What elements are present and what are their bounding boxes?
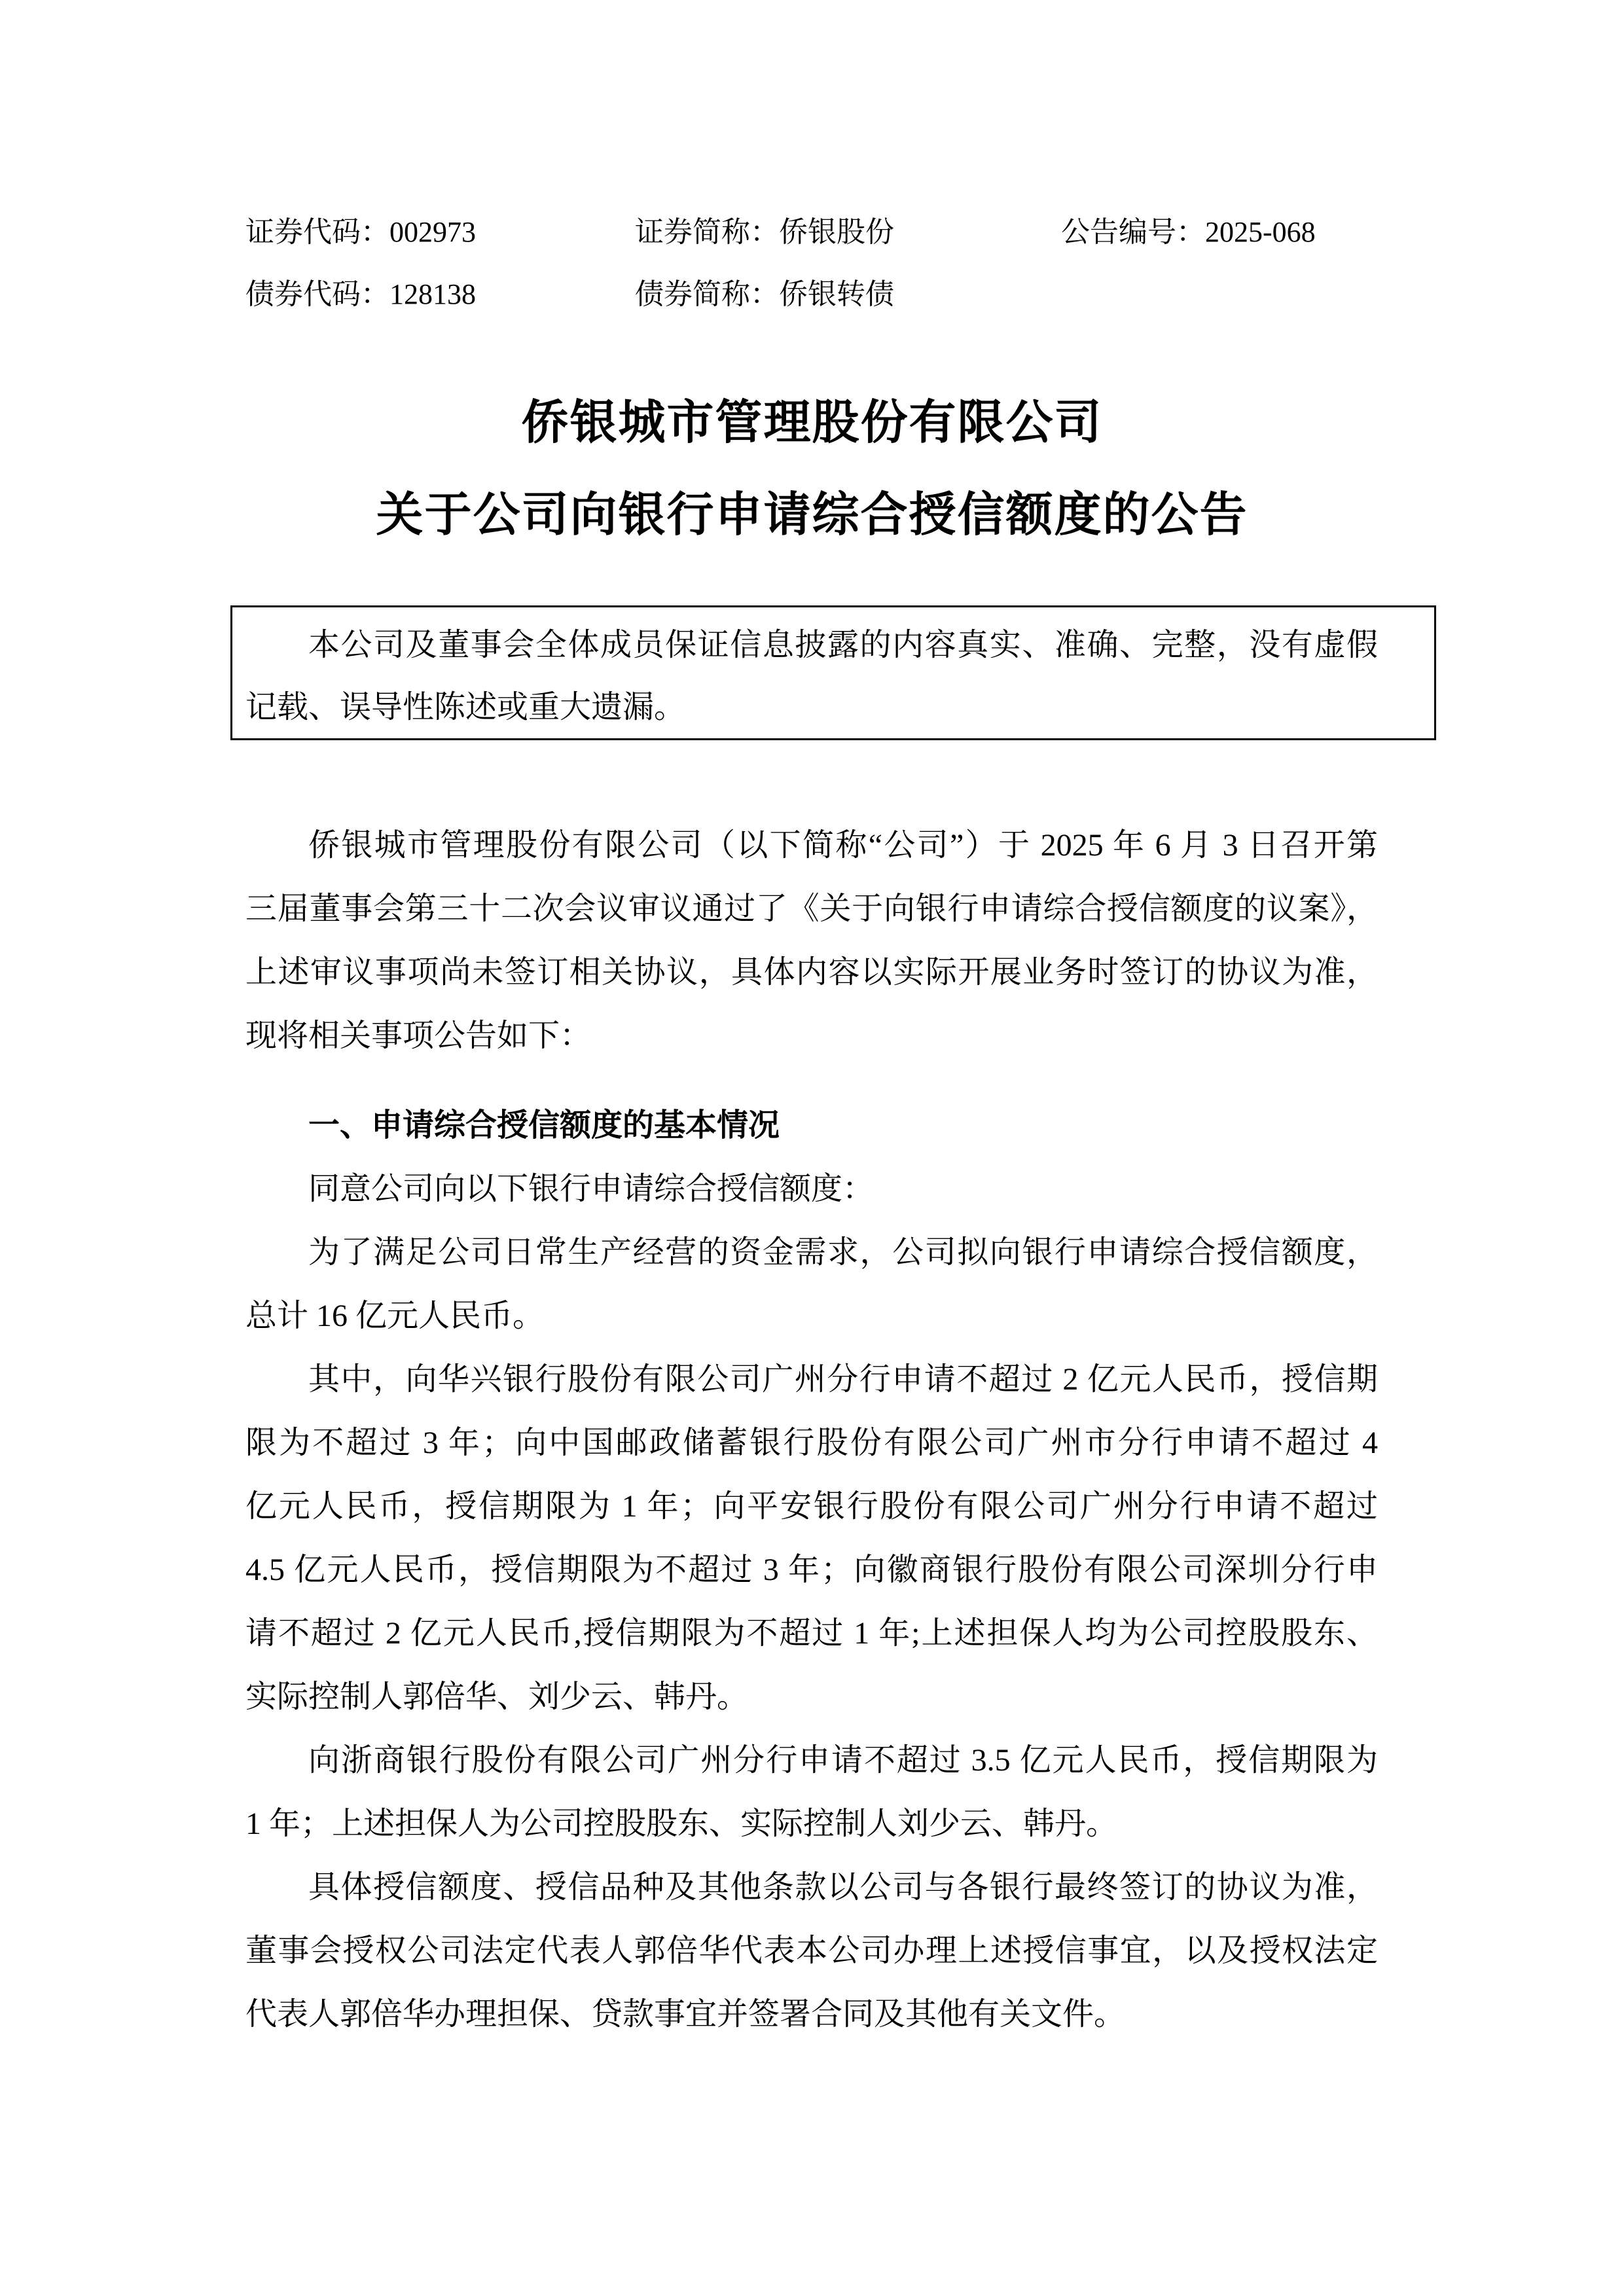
body-line: 亿元人民币，授信期限为 1 年；向平安银行股份有限公司广州分行申请不超过 — [245, 1475, 1378, 1538]
body-line: 侨银城市管理股份有限公司（以下简称“公司”）于 2025 年 6 月 3 日召开… — [245, 814, 1378, 877]
announcement-title: 关于公司向银行申请综合授信额度的公告 — [0, 492, 1624, 539]
bond-short-name: 债券简称：侨银转债 — [635, 263, 1061, 325]
body-line: 向浙商银行股份有限公司广州分行申请不超过 3.5 亿元人民币，授信期限为 — [245, 1729, 1378, 1792]
body-line: 1 年；上述担保人为公司控股股东、实际控制人刘少云、韩丹。 — [245, 1792, 1378, 1856]
header-row: 债券代码：128138 债券简称：侨银转债 — [245, 263, 1381, 325]
company-title: 侨银城市管理股份有限公司 — [0, 399, 1624, 446]
body-line: 实际控制人郭倍华、刘少云、韩丹。 — [245, 1665, 1378, 1729]
body-line: 限为不超过 3 年；向中国邮政储蓄银行股份有限公司广州市分行申请不超过 4 — [245, 1411, 1378, 1475]
body-line: 现将相关事项公告如下： — [245, 1004, 1378, 1067]
disclaimer-box: 本公司及董事会全体成员保证信息披露的内容真实、准确、完整，没有虚假记载、误导性陈… — [230, 605, 1436, 740]
stock-short-name: 证券简称：侨银股份 — [635, 201, 1061, 263]
body-line: 4.5 亿元人民币，授信期限为不超过 3 年；向徽商银行股份有限公司深圳分行申 — [245, 1538, 1378, 1602]
body-line: 代表人郭倍华办理担保、贷款事宜并签署合同及其他有关文件。 — [245, 1982, 1378, 2046]
stock-code: 证券代码：002973 — [245, 201, 635, 263]
bond-code: 债券代码：128138 — [245, 263, 635, 325]
body-line: 董事会授权公司法定代表人郭倍华代表本公司办理上述授信事宜，以及授权法定 — [245, 1919, 1378, 1982]
stock-info-header: 证券代码：002973 证券简称：侨银股份 公告编号：2025-068 债券代码… — [245, 201, 1381, 325]
header-row: 证券代码：002973 证券简称：侨银股份 公告编号：2025-068 — [245, 201, 1381, 263]
body-line: 为了满足公司日常生产经营的资金需求，公司拟向银行申请综合授信额度， — [245, 1221, 1378, 1284]
body-line: 上述审议事项尚未签订相关协议，具体内容以实际开展业务时签订的协议为准， — [245, 941, 1378, 1004]
disclaimer-line: 本公司及董事会全体成员保证信息披露的内容真实、准确、完整，没有虚假 — [245, 614, 1378, 676]
body-line: 总计 16 亿元人民币。 — [245, 1284, 1378, 1348]
body-line: 其中，向华兴银行股份有限公司广州分行申请不超过 2 亿元人民币，授信期 — [245, 1348, 1378, 1411]
body-line: 三届董事会第三十二次会议审议通过了《关于向银行申请综合授信额度的议案》， — [245, 877, 1378, 941]
announcement-body: 侨银城市管理股份有限公司（以下简称“公司”）于 2025 年 6 月 3 日召开… — [245, 814, 1378, 2046]
section-heading: 一、申请综合授信额度的基本情况 — [245, 1094, 1378, 1157]
announcement-number: 公告编号：2025-068 — [1061, 201, 1381, 263]
header-spacer — [1061, 263, 1381, 325]
document-page: 证券代码：002973 证券简称：侨银股份 公告编号：2025-068 债券代码… — [0, 0, 1624, 2296]
disclaimer-text: 本公司及董事会全体成员保证信息披露的内容真实、准确、完整，没有虚假记载、误导性陈… — [232, 607, 1434, 738]
body-line: 请不超过 2 亿元人民币,授信期限为不超过 1 年;上述担保人均为公司控股股东、 — [245, 1602, 1378, 1665]
disclaimer-line: 记载、误导性陈述或重大遗漏。 — [245, 676, 1378, 738]
body-line: 具体授信额度、授信品种及其他条款以公司与各银行最终签订的协议为准， — [245, 1856, 1378, 1919]
body-line: 同意公司向以下银行申请综合授信额度： — [245, 1157, 1378, 1221]
